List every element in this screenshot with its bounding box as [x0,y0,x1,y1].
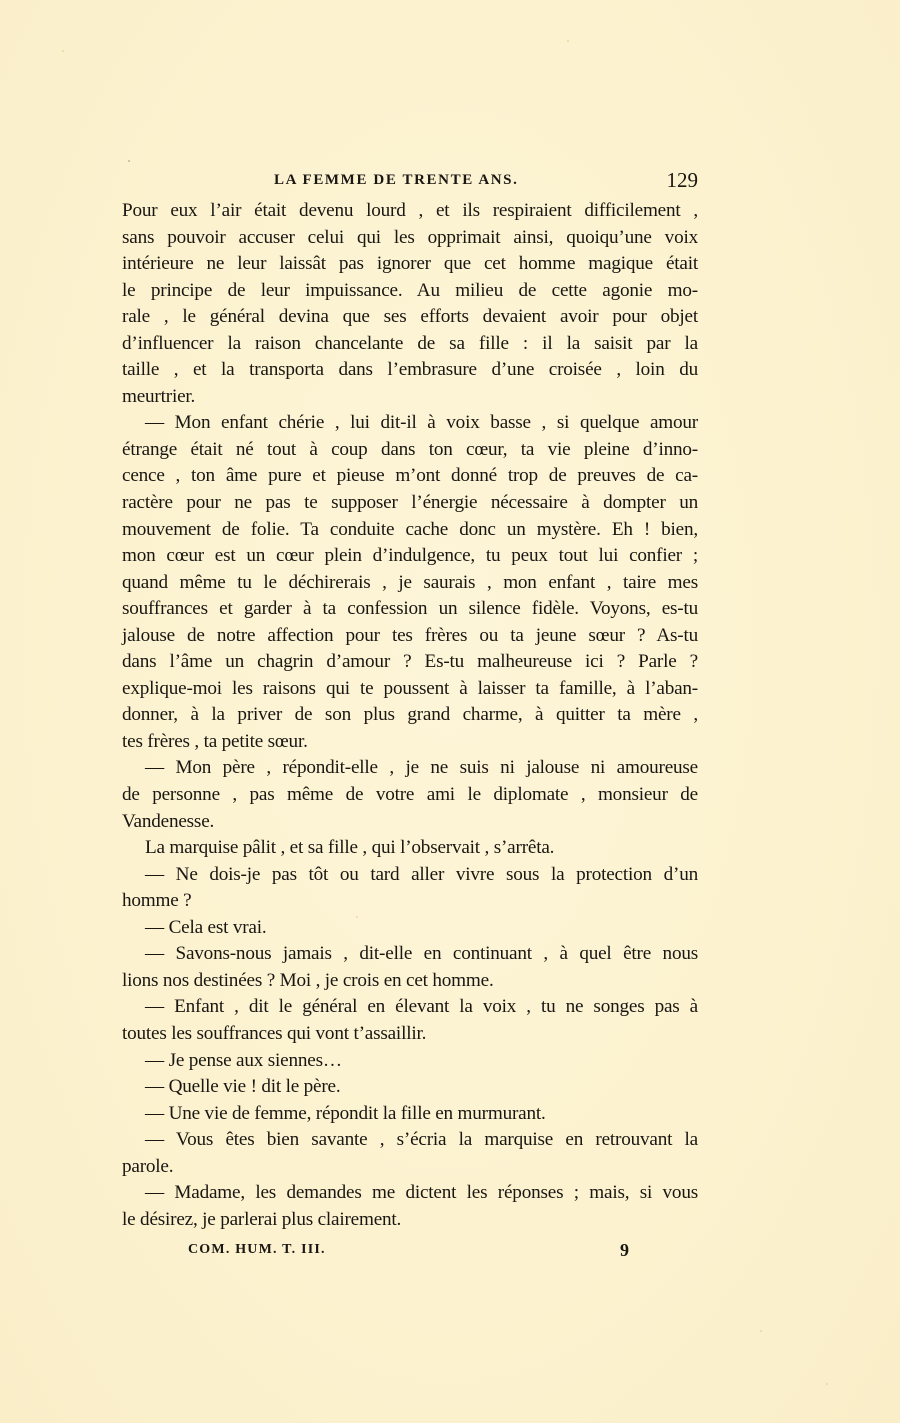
text-line: tes frères , ta petite sœur. [122,729,698,756]
text-line: La marquise pâlit , et sa fille , qui l’… [122,835,698,862]
text-line: sans pouvoir accuser celui qui les oppri… [122,225,698,252]
text-line: d’influencer la raison chancelante de sa… [122,331,698,358]
paper-speck [826,1383,828,1385]
text-line: quand même tu le déchirerais , je saurai… [122,570,698,597]
text-line: mon cœur est un cœur plein d’indulgence,… [122,543,698,570]
signature-mark: COM. HUM. T. III. [188,1242,326,1258]
text-line: parole. [122,1154,698,1181]
book-page: LA FEMME DE TRENTE ANS. 129 Pour eux l’a… [0,0,900,1423]
text-line: — Mon enfant chérie , lui dit-il à voix … [122,410,698,437]
signature-number: 9 [620,1240,629,1261]
paper-speck [62,50,64,52]
text-line: — Quelle vie ! dit le père. [122,1074,698,1101]
text-line: intérieure ne leur laissât pas ignorer q… [122,251,698,278]
text-line: dans l’âme un chagrin d’amour ? Es-tu ma… [122,649,698,676]
text-line: cence , ton âme pure et pieuse m’ont don… [122,463,698,490]
text-line: — Savons-nous jamais , dit-elle en conti… [122,941,698,968]
text-line: — Ne dois-je pas tôt ou tard aller vivre… [122,862,698,889]
page-number: 129 [667,168,699,193]
text-line: homme ? [122,888,698,915]
text-line: rale , le général devina que ses efforts… [122,304,698,331]
paper-speck [760,1330,762,1332]
paper-speck [567,40,569,42]
text-line: mouvement de folie. Ta conduite cache do… [122,517,698,544]
text-line: meurtrier. [122,384,698,411]
text-line: explique-moi les raisons qui te poussent… [122,676,698,703]
text-line: le principe de leur impuissance. Au mili… [122,278,698,305]
text-line: de personne , pas même de votre ami le d… [122,782,698,809]
text-line: — Mon père , répondit-elle , je ne suis … [122,755,698,782]
body-text: Pour eux l’air était devenu lourd , et i… [122,198,698,1233]
text-line: — Madame, les demandes me dictent les ré… [122,1180,698,1207]
text-line: lions nos destinées ? Moi , je crois en … [122,968,698,995]
paper-speck [356,916,358,918]
text-line: Pour eux l’air était devenu lourd , et i… [122,198,698,225]
text-line: taille , et la transporta dans l’embrasu… [122,357,698,384]
text-line: Vandenesse. [122,809,698,836]
paper-speck [128,160,130,162]
running-head: LA FEMME DE TRENTE ANS. 129 [122,168,698,194]
text-line: jalouse de notre affection pour tes frèr… [122,623,698,650]
text-line: souffrances et garder à ta confession un… [122,596,698,623]
text-line: étrange était né tout à coup dans ton cœ… [122,437,698,464]
text-line: — Une vie de femme, répondit la fille en… [122,1101,698,1128]
text-line: — Vous êtes bien savante , s’écria la ma… [122,1127,698,1154]
text-line: — Enfant , dit le général en élevant la … [122,994,698,1021]
text-line: — Cela est vrai. [122,915,698,942]
footer: COM. HUM. T. III. 9 [122,1240,698,1266]
text-line: toutes les souffrances qui vont t’assail… [122,1021,698,1048]
running-title: LA FEMME DE TRENTE ANS. [274,172,518,189]
text-line: ractère pour ne pas te supposer l’énergi… [122,490,698,517]
text-line: donner, à la priver de son plus grand ch… [122,702,698,729]
text-line: — Je pense aux siennes… [122,1048,698,1075]
text-line: le désirez, je parlerai plus clairement. [122,1207,698,1234]
